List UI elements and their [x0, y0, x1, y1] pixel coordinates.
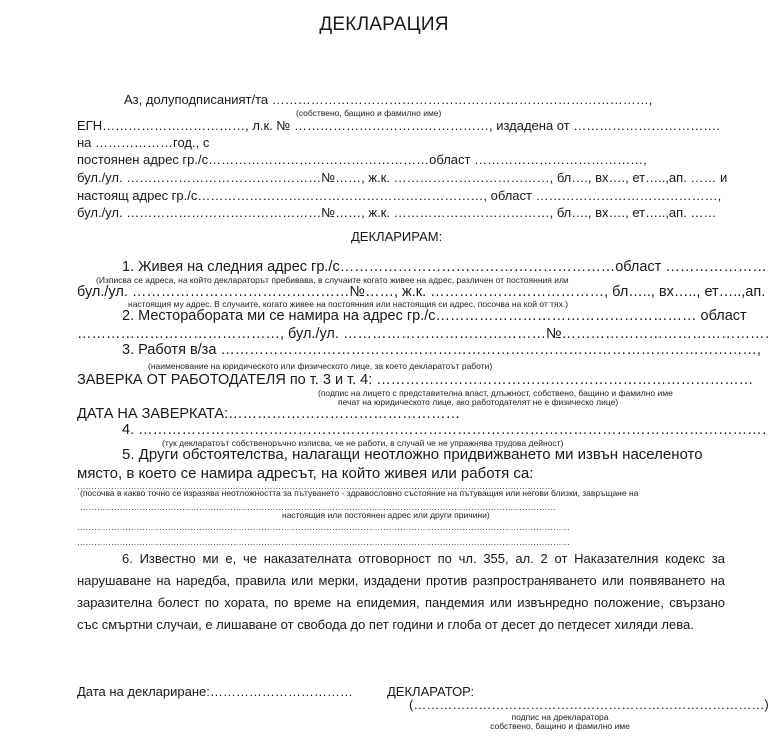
item1-address-line: 1. Живея на следния адрес гр./с…………………………: [122, 259, 768, 275]
item4-line: 4. ……………………………………………………………………………………………………: [122, 422, 768, 438]
intro-egn-line: ЕГН……………………………, л.к. № ………………………………………, …: [77, 118, 720, 133]
item2-workplace-line: 2. Месторабората ми се намира на адрес г…: [122, 308, 747, 324]
signature-note-2: собствено, бащино и фамилно име: [470, 721, 650, 731]
intro-current-street-line: бул./ул. ………………………………………№……, ж.к. …………………: [77, 205, 716, 220]
document-title: ДЕКЛАРАЦИЯ: [0, 14, 768, 36]
intro-current-address-line: настоящ адрес гр./с…………………………………………………………: [77, 188, 721, 203]
item5-line-1: 5. Други обстоятелства, налагащи неотлож…: [122, 446, 703, 463]
intro-issued-line: на ………………год., с: [77, 135, 209, 150]
employer-certification-line: ЗАВЕРКА ОТ РАБОТОДАТЕЛЯ по т. 3 и т. 4: …: [77, 372, 753, 388]
intro-name-note: (собствено, бащино и фамилно име): [296, 108, 441, 118]
item5-dots-3: ……………………………………………………………………………………………………………: [77, 522, 570, 532]
item3-note: (наименование на юридическото или физиче…: [148, 361, 492, 371]
item6-paragraph: 6. Известно ми е, че наказателната отгов…: [77, 548, 725, 636]
intro-name-line: Аз, долуподписаният/та ………………………………………………: [124, 92, 652, 107]
item5-line-2: място, в което се намира адресът, на кой…: [77, 465, 533, 482]
item3-employer-line: 3. Работя в/за ……………………………………………………………………: [122, 342, 761, 358]
certification-date-line: ДАТА НА ЗАВЕРКАТА:…………………………………………: [77, 406, 460, 422]
intro-permanent-street-line: бул./ул. ………………………………………№……, ж.к. …………………: [77, 170, 727, 185]
item5-dots-4: ……………………………………………………………………………………………………………: [77, 537, 570, 547]
item5-note-1: (посочва в какво точно се изразява неотл…: [80, 488, 638, 498]
declaration-date-line: Дата на деклариране:……………………………: [77, 684, 353, 699]
item2-street-line: ……………………………………, бул./ул. ……………………………………№…: [77, 326, 768, 342]
item5-note-2: настоящия или постоянен адрес или други …: [282, 510, 490, 520]
declare-heading: ДЕКЛАРИРАМ:: [351, 229, 442, 244]
signature-line: (………………………………………………………………………): [409, 697, 768, 712]
item1-street-line: бул./ул. ………………………………………№……, ж.к. …………………: [77, 284, 768, 300]
intro-permanent-address-line: постоянен адрес гр./с……………………………………………об…: [77, 152, 647, 167]
